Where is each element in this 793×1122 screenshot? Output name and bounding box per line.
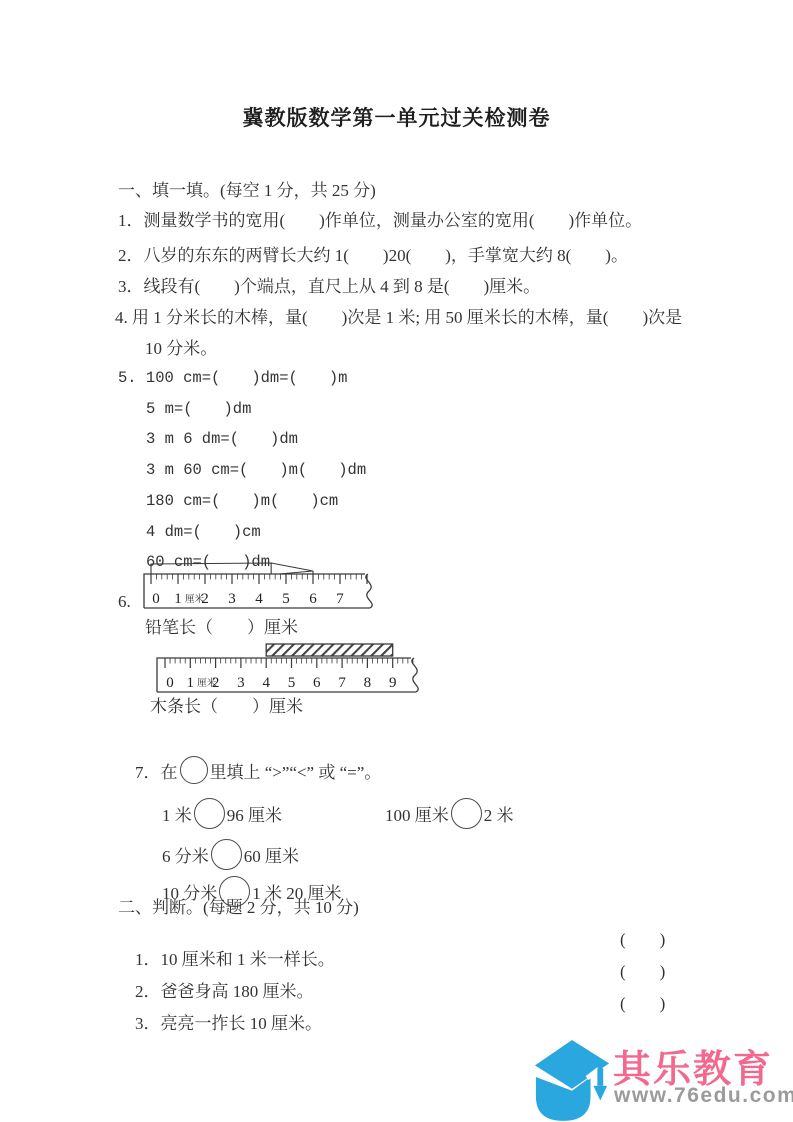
paper-title: 冀教版数学第一单元过关检测卷 xyxy=(0,102,793,132)
pencil-length-caption: 铅笔长（ ）厘米 xyxy=(145,613,298,638)
svg-text:1: 1 xyxy=(187,675,195,691)
svg-text:厘米: 厘米 xyxy=(197,677,217,689)
svg-text:1: 1 xyxy=(174,591,182,607)
svg-text:厘米: 厘米 xyxy=(185,593,205,605)
svg-text:9: 9 xyxy=(389,675,397,691)
wood-length-caption: 木条长（ ）厘米 xyxy=(150,692,303,717)
section-1-heading: 一、填一填。(每空 1 分，共 25 分) xyxy=(118,176,376,201)
test-paper-page: 冀教版数学第一单元过关检测卷 一、填一填。(每空 1 分，共 25 分) 1．测… xyxy=(0,0,793,1122)
svg-text:6: 6 xyxy=(309,591,317,607)
fill-item-2: 2．八岁的东东的两臂长大约 1( )20( )，手掌宽大约 8( )。 xyxy=(118,241,628,266)
svg-text:6: 6 xyxy=(313,675,321,691)
comparison-pair-2: 100 厘米2 米 xyxy=(368,778,514,849)
comparison-left: 100 厘米 xyxy=(385,806,449,825)
brand-url: www.76edu.com xyxy=(614,1084,793,1108)
svg-text:3: 3 xyxy=(237,675,245,691)
svg-text:0: 0 xyxy=(166,675,174,691)
unit-conversion-4: 3 m 60 cm=( )m( )dm xyxy=(146,457,366,479)
svg-text:0: 0 xyxy=(152,591,160,607)
pencil-ruler-figure: 01234567厘米 xyxy=(143,560,383,617)
svg-text:4: 4 xyxy=(255,591,263,607)
comparison-circle xyxy=(451,798,482,829)
svg-text:8: 8 xyxy=(364,675,372,691)
comparison-right: 2 米 xyxy=(484,806,514,825)
fill-item-3: 3．线段有( )个端点，直尺上从 4 到 8 是( )厘米。 xyxy=(118,272,540,297)
svg-text:5: 5 xyxy=(282,591,290,607)
fill-item-1: 1．测量数学书的宽用( )作单位，测量办公室的宽用( )作单位。 xyxy=(118,206,642,231)
graduation-cap-icon xyxy=(533,1036,611,1122)
svg-text:3: 3 xyxy=(228,591,236,607)
fill-item-4-continued: 10 分米。 xyxy=(145,334,217,359)
unit-conversion-3: 3 m 6 dm=( )dm xyxy=(146,426,298,448)
wood-ruler-figure: 0123456789厘米 xyxy=(156,642,436,699)
svg-text:7: 7 xyxy=(336,591,344,607)
answer-blank: ( ) xyxy=(620,925,665,950)
svg-text:5: 5 xyxy=(288,675,296,691)
answer-blank: ( ) xyxy=(620,957,665,982)
brand-logo: 其乐教育 www.76edu.com xyxy=(533,1036,793,1122)
fill-item-4: 4. 用 1 分米长的木棒，量( )次是 1 米; 用 50 厘米长的木棒，量(… xyxy=(115,303,682,328)
unit-conversion-2: 5 m=( )dm xyxy=(146,396,251,418)
section-2-heading: 二、判断。(每题 2 分，共 10 分) xyxy=(118,893,359,918)
unit-conversion-6: 4 dm=( )cm xyxy=(146,519,261,541)
svg-text:4: 4 xyxy=(262,675,270,691)
unit-conversion-5: 180 cm=( )m( )cm xyxy=(146,488,338,510)
item-6-number: 6. xyxy=(118,592,131,612)
answer-blank: ( ) xyxy=(620,989,665,1014)
svg-text:7: 7 xyxy=(338,675,346,691)
judgement-text: 3．亮亮一拃长 10 厘米。 xyxy=(135,1014,322,1033)
unit-conversion-1: 5. 100 cm=( )dm=( )m xyxy=(118,365,347,387)
